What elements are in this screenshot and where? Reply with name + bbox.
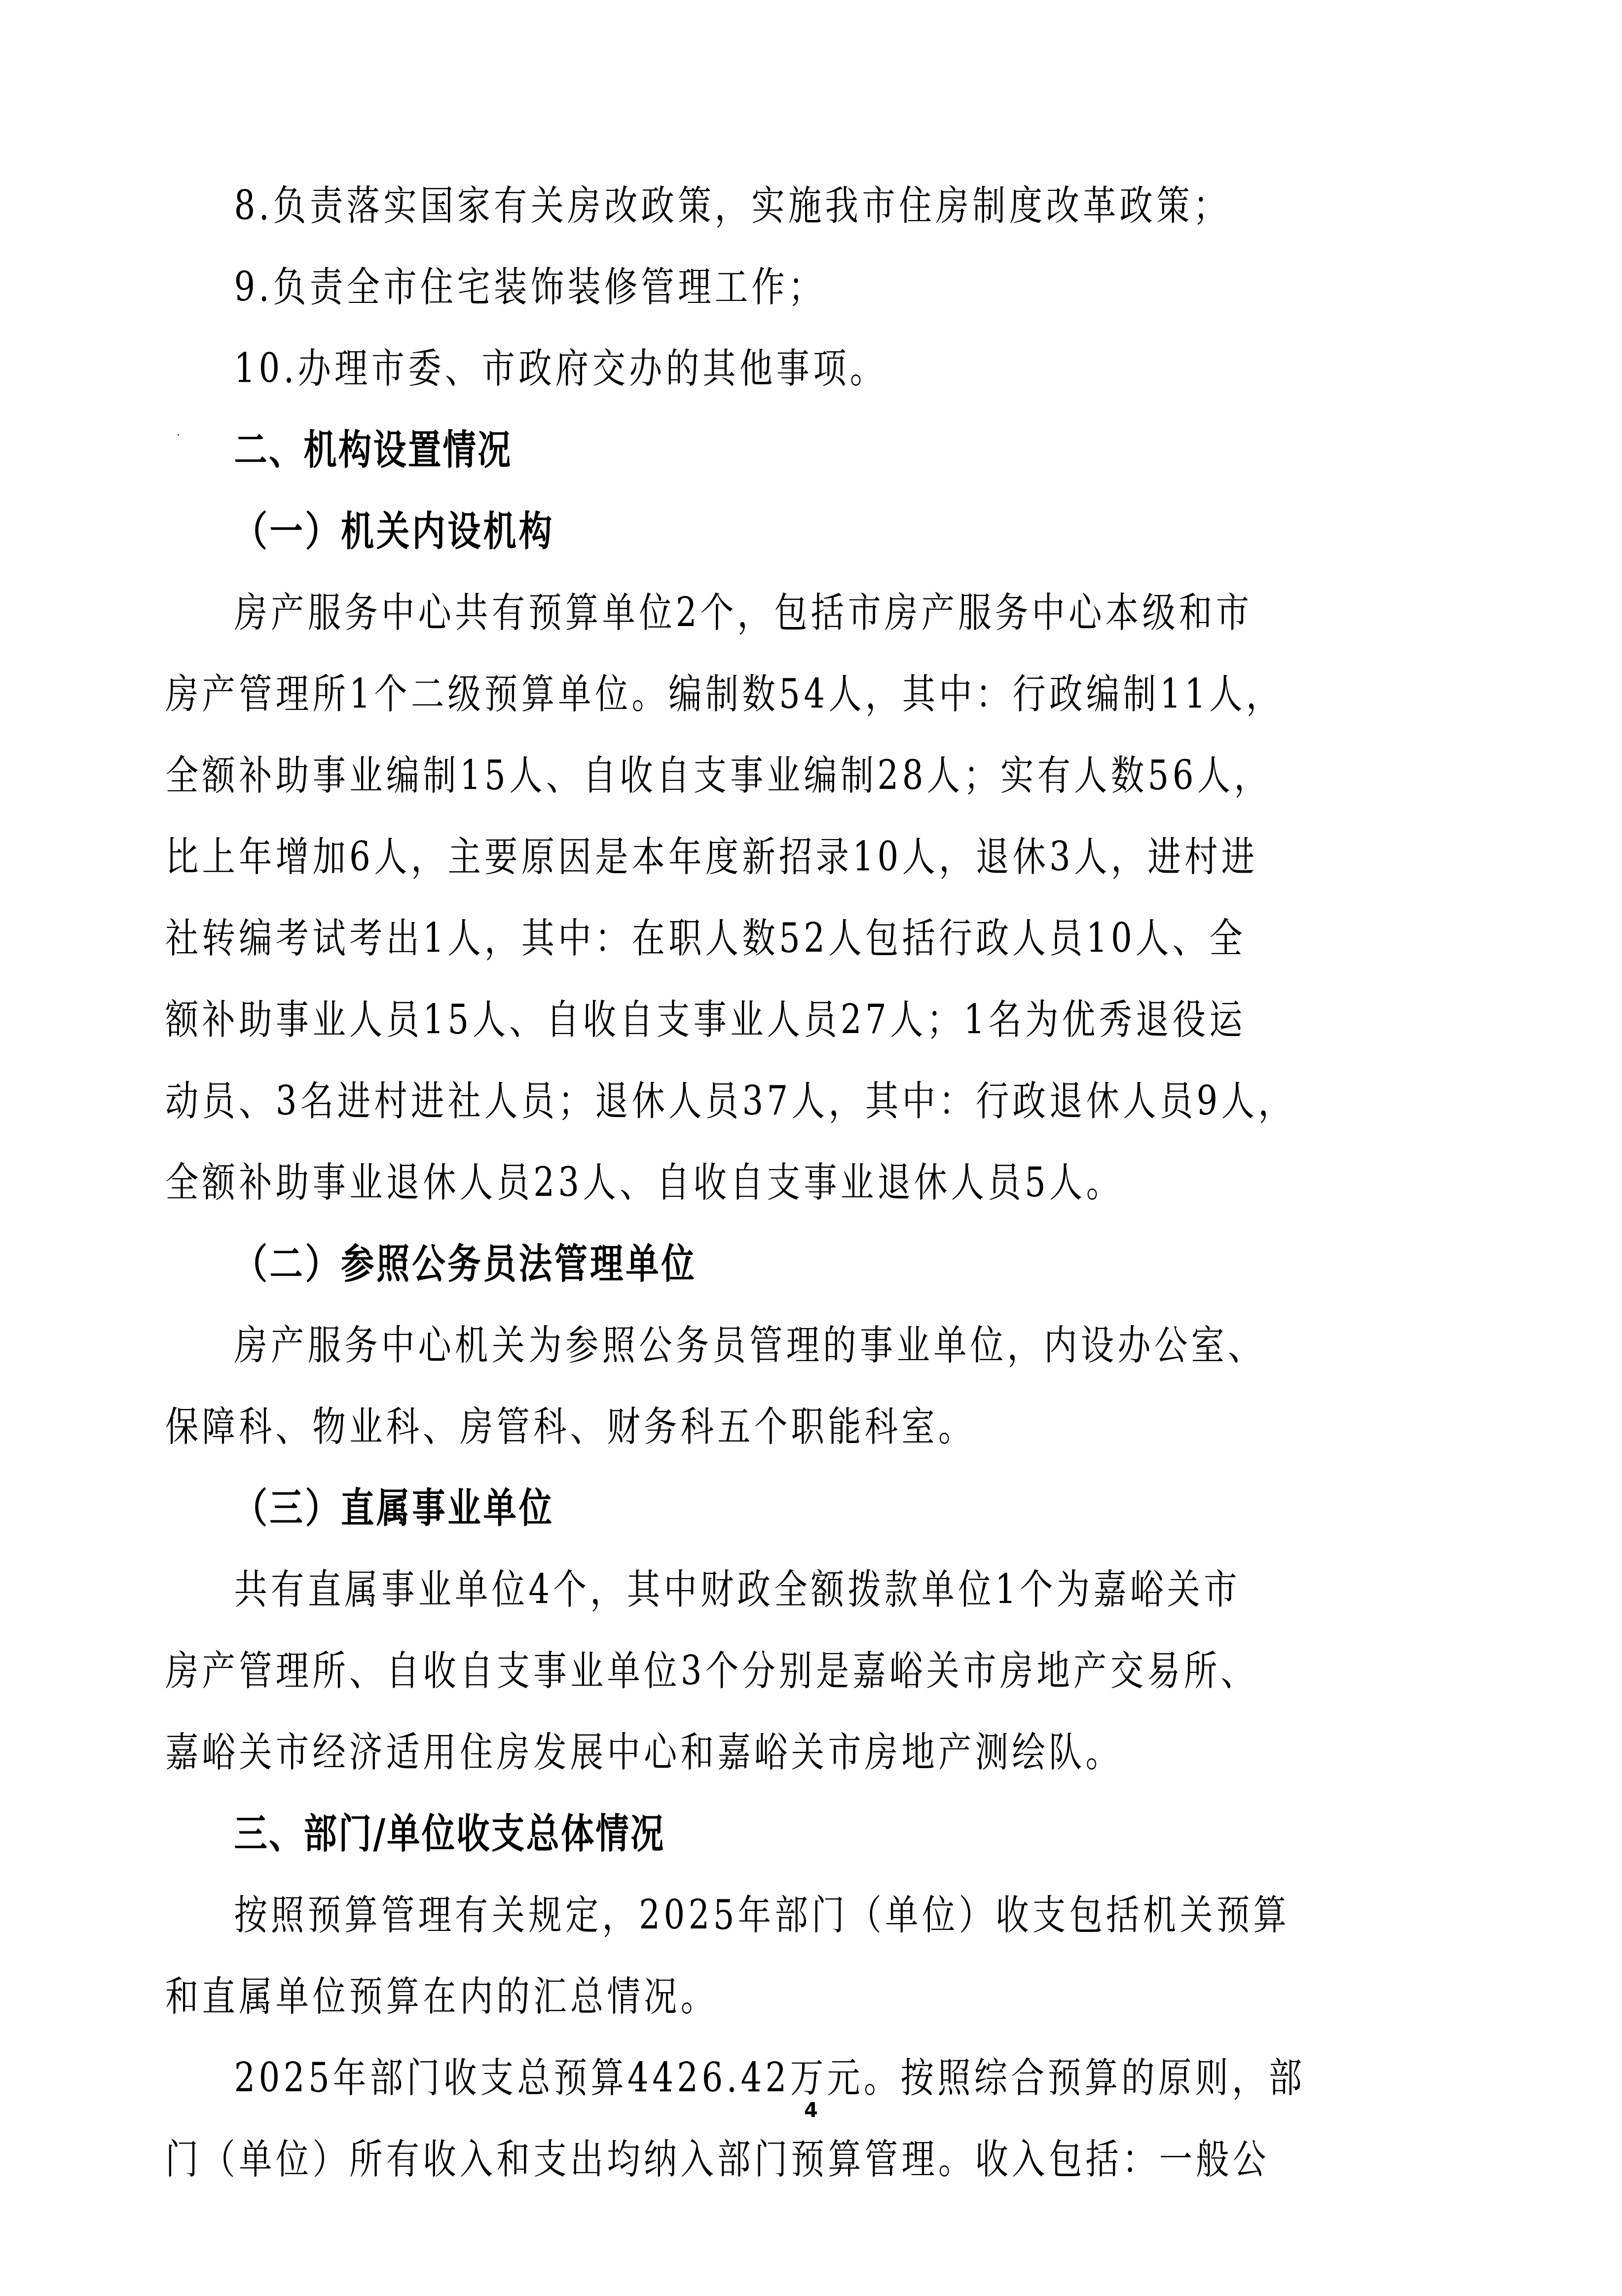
document-body: 8.负责落实国家有关房改政策，实施我市住房制度改革政策； 9.负责全市住宅装饰装…	[165, 165, 1468, 2200]
paragraph-line: 全额补助事业编制15人、自收自支事业编制28人；实有人数56人，	[165, 735, 1468, 816]
paragraph-line: 社转编考试考出1人，其中：在职人数52人包括行政人员10人、全	[165, 898, 1468, 979]
paragraph-line: 保障科、物业科、房管科、财务科五个职能科室。	[165, 1386, 1468, 1468]
document-page: 8.负责落实国家有关房改政策，实施我市住房制度改革政策； 9.负责全市住宅装饰装…	[0, 0, 1622, 2296]
subsection-heading-civil-servant-units: （二）参照公务员法管理单位	[165, 1223, 1537, 1305]
duty-item-8: 8.负责落实国家有关房改政策，实施我市住房制度改革政策；	[165, 165, 1537, 247]
duty-item-10: 10.办理市委、市政府交办的其他事项。	[165, 328, 1537, 409]
paragraph-line: 和直属单位预算在内的汇总情况。	[165, 1956, 1468, 2037]
paragraph-line: 房产管理所1个二级预算单位。编制数54人，其中：行政编制11人，	[165, 654, 1468, 735]
section-heading-budget-overview: 三、部门/单位收支总体情况	[165, 1793, 1537, 1875]
paragraph-line: 共有直属事业单位4个，其中财政全额拨款单位1个为嘉峪关市	[165, 1549, 1537, 1630]
subsection-heading-internal-bodies: （一）机关内设机构	[165, 491, 1537, 572]
paragraph-line: 动员、3名进村进社人员；退休人员37人，其中：行政退休人员9人，	[165, 1061, 1468, 1142]
paragraph-line: 比上年增加6人，主要原因是本年度新招录10人，退休3人，进村进	[165, 816, 1468, 898]
paragraph-line: 全额补助事业退休人员23人、自收自支事业退休人员5人。	[165, 1142, 1468, 1223]
paragraph-line: 房产服务中心机关为参照公务员管理的事业单位，内设办公室、	[165, 1305, 1537, 1386]
subsection-heading-affiliated-units: （三）直属事业单位	[165, 1468, 1537, 1549]
paragraph-line: 房产管理所、自收自支事业单位3个分别是嘉峪关市房地产交易所、	[165, 1630, 1468, 1712]
page-number: 4	[0, 2099, 1622, 2122]
paragraph-line: 房产服务中心共有预算单位2个，包括市房产服务中心本级和市	[165, 572, 1537, 654]
section-heading-organization: 二、机构设置情况	[165, 409, 1537, 491]
paragraph-line: 嘉峪关市经济适用住房发展中心和嘉峪关市房地产测绘队。	[165, 1712, 1468, 1793]
paragraph-line: 额补助事业人员15人、自收自支事业人员27人；1名为优秀退役运	[165, 979, 1468, 1061]
paragraph-line: 按照预算管理有关规定，2025年部门（单位）收支包括机关预算	[165, 1875, 1537, 1956]
paragraph-line: 门（单位）所有收入和支出均纳入部门预算管理。收入包括：一般公	[165, 2119, 1468, 2200]
duty-item-9: 9.负责全市住宅装饰装修管理工作；	[165, 247, 1537, 328]
